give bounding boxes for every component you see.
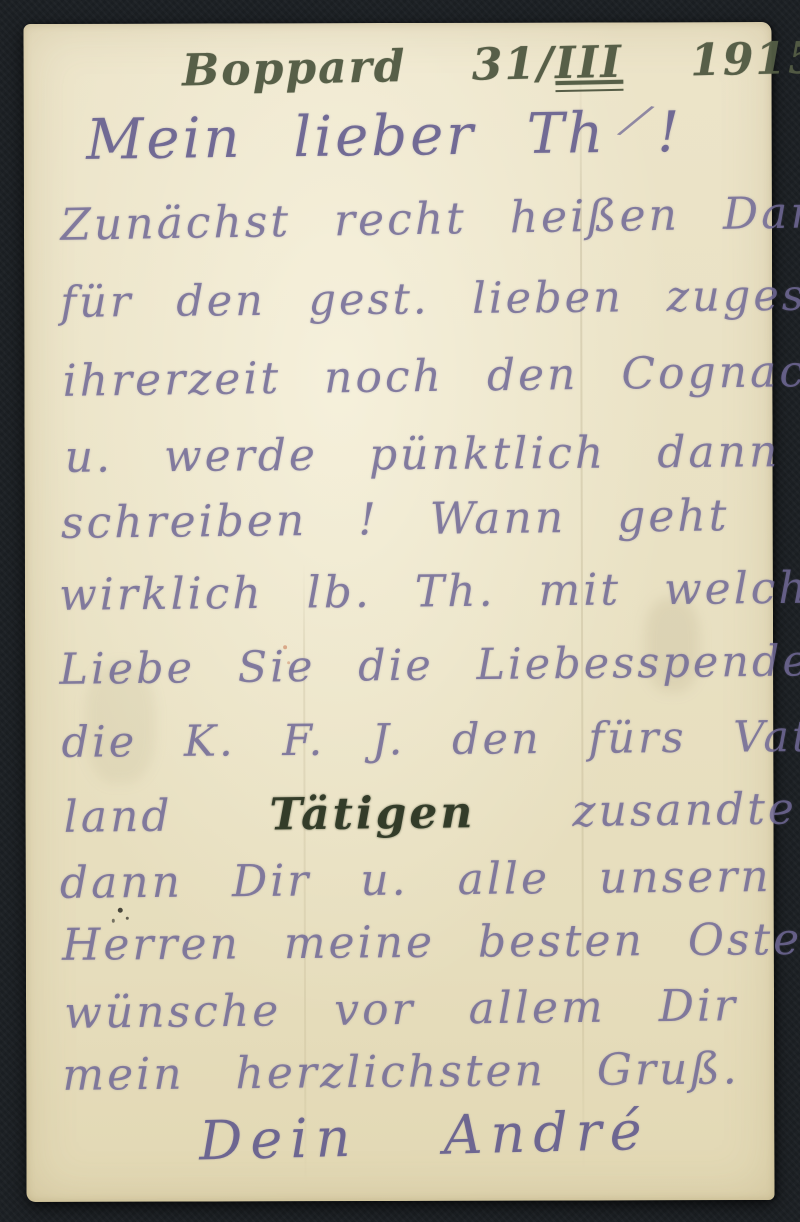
handwriting-line: wünsche vor allem Dir bbox=[64, 980, 738, 1039]
ink-speck bbox=[118, 908, 123, 913]
handwriting-line: u. werde pünktlich dann bbox=[65, 426, 781, 483]
handwriting-line: Zunächst recht heißen Dank bbox=[60, 187, 800, 251]
photo-background: Boppard 31/III 1915 ⁄ Mein lieber Th ! Z… bbox=[0, 0, 800, 1222]
handwriting-line: schreiben ! Wann geht bbox=[61, 490, 730, 549]
dateline: Boppard 31/III 1915 bbox=[182, 33, 800, 97]
date-year: 1915 bbox=[690, 33, 800, 87]
place-name: Boppard bbox=[182, 41, 408, 96]
postcard: Boppard 31/III 1915 ⁄ Mein lieber Th ! Z… bbox=[23, 22, 774, 1202]
word-taetigen-overwritten: Tätigen bbox=[269, 787, 475, 840]
handwriting-line: Liebe Sie die Liebesspenden bbox=[59, 636, 800, 695]
date-month-roman: III bbox=[555, 37, 624, 92]
date-day: 31/ bbox=[471, 38, 555, 91]
signature: Dein André bbox=[198, 1099, 650, 1173]
handwriting-line: Herren meine besten Oster- bbox=[62, 914, 800, 971]
handwriting-line: für den gest. lieben zugesandt. bbox=[60, 270, 800, 328]
word-zusandte: zusandte bbox=[572, 784, 797, 838]
handwriting-line: ihrerzeit noch den Cognac bbox=[62, 346, 800, 407]
handwriting-line: dann Dir u. alle unsern bbox=[60, 851, 772, 909]
handwriting-line: die K. F. J. den fürs Vater- bbox=[61, 711, 800, 767]
handwriting-line: mein herzlichsten Gruß. bbox=[62, 1043, 740, 1101]
handwriting-line-vaterland: land Tätigen zusandte bbox=[63, 784, 797, 843]
salutation-line: Mein lieber Th ! bbox=[86, 100, 683, 173]
handwriting-line: wirklich lb. Th. mit welch- bbox=[59, 563, 800, 621]
word-land: land bbox=[63, 791, 172, 843]
